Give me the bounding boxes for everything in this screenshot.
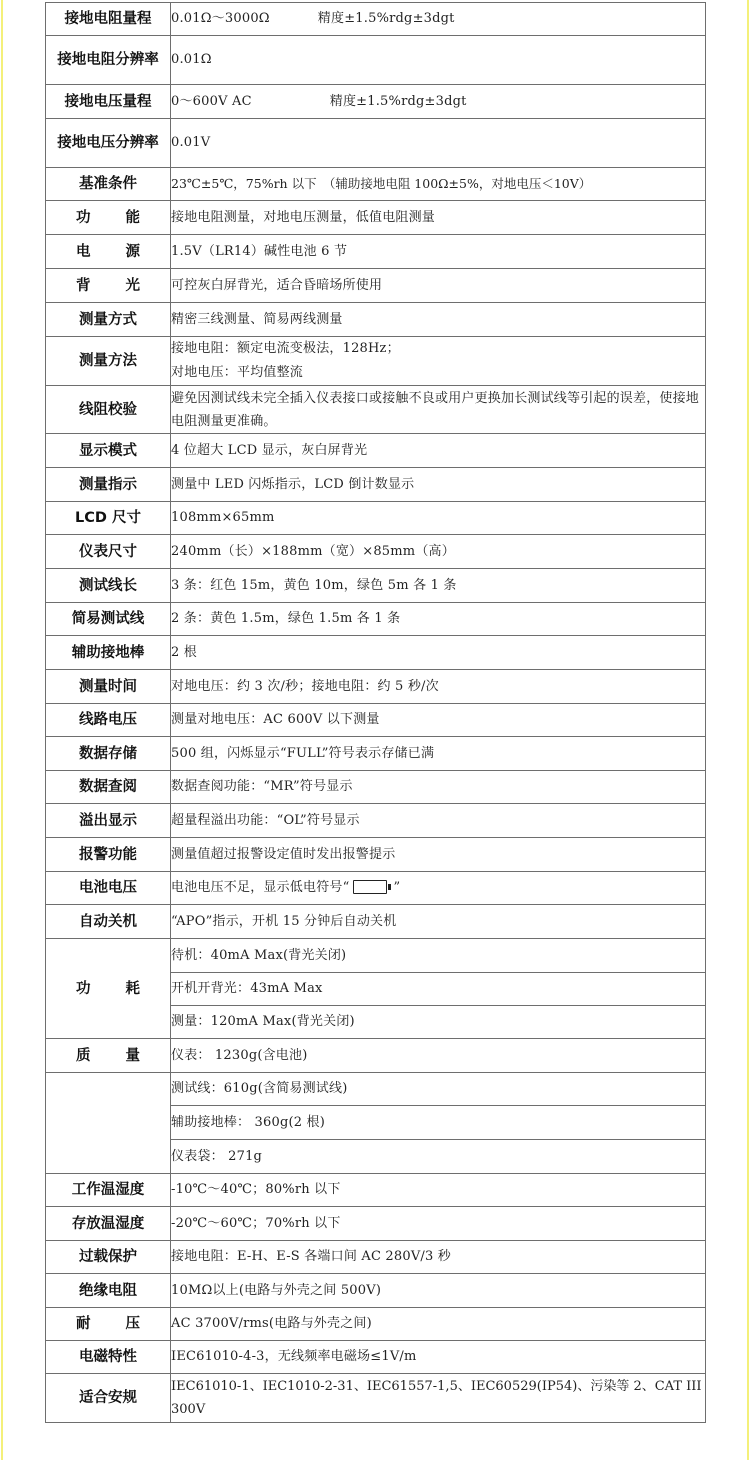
table-row: 背 光 可控灰白屏背光，适合昏暗场所使用 <box>46 269 706 303</box>
row-label: 显示模式 <box>46 434 171 468</box>
table-row: 耐 压 AC 3700V/rms(电路与外壳之间) <box>46 1308 706 1341</box>
value-text: ” <box>393 880 400 895</box>
row-label: 溢出显示 <box>46 804 171 838</box>
row-label: 测量指示 <box>46 468 171 502</box>
row-subvalue: 测量：120mA Max(背光关闭) <box>171 1006 706 1039</box>
row-label: 背 光 <box>46 269 171 303</box>
row-label: 测量方法 <box>46 337 171 386</box>
table-row: 电磁特性 IEC61010-4-3，无线频率电磁场≤1V/m <box>46 1341 706 1374</box>
table-row: 数据存储 500 组，闪烁显示“FULL”符号表示存储已满 <box>46 737 706 771</box>
table-row: 线路电压 测量对地电压：AC 600V 以下测量 <box>46 704 706 737</box>
row-subvalue: 仪表袋： 271g <box>171 1140 706 1174</box>
row-label: 线路电压 <box>46 704 171 737</box>
table-row: 功 能 接地电阻测量，对地电压测量，低值电阻测量 <box>46 201 706 235</box>
table-row: 绝缘电阻 10MΩ以上(电路与外壳之间 500V) <box>46 1274 706 1308</box>
table-row: 存放温湿度 -20℃～60℃；70%rh 以下 <box>46 1207 706 1241</box>
table-row: 简易测试线 2 条：黄色 1.5m，绿色 1.5m 各 1 条 <box>46 603 706 636</box>
row-label: 质 量 <box>46 1039 171 1073</box>
row-value: -10℃～40℃；80%rh 以下 <box>171 1174 706 1207</box>
table-row: 过载保护 接地电阻：E-H、E-S 各端口间 AC 280V/3 秒 <box>46 1241 706 1274</box>
table-row: 质 量 仪表： 1230g(含电池) <box>46 1039 706 1073</box>
row-label: 电 源 <box>46 235 171 269</box>
row-value: AC 3700V/rms(电路与外壳之间) <box>171 1308 706 1341</box>
row-value: 240mm（长）×188mm（宽）×85mm（高） <box>171 535 706 569</box>
table-row: 基准条件 23℃±5℃，75%rh 以下 （辅助接地电阻 100Ω±5%，对地电… <box>46 168 706 201</box>
row-label: 接地电阻量程 <box>46 3 171 36</box>
row-label: 过载保护 <box>46 1241 171 1274</box>
table-row: 测试线：610g(含简易测试线) <box>46 1073 706 1106</box>
row-label: 接地电压量程 <box>46 85 171 119</box>
row-label: 存放温湿度 <box>46 1207 171 1241</box>
row-subvalue: 开机开背光：43mA Max <box>171 973 706 1006</box>
table-row: 适合安规 IEC61010-1、IEC1010-2-31、IEC61557-1,… <box>46 1374 706 1423</box>
row-value: 23℃±5℃，75%rh 以下 （辅助接地电阻 100Ω±5%，对地电压＜10V… <box>171 168 706 201</box>
table-row: 溢出显示 超量程溢出功能：“OL”符号显示 <box>46 804 706 838</box>
table-row: 电 源 1.5V（LR14）碱性电池 6 节 <box>46 235 706 269</box>
row-label-empty <box>46 1073 171 1174</box>
row-value: 可控灰白屏背光，适合昏暗场所使用 <box>171 269 706 303</box>
row-label: 电磁特性 <box>46 1341 171 1374</box>
value-line: 对地电压：平均值整流 <box>171 361 705 385</box>
row-label: 工作温湿度 <box>46 1174 171 1207</box>
row-value: 数据查阅功能：“MR”符号显示 <box>171 771 706 804</box>
row-value: 0.01V <box>171 119 706 168</box>
row-value: 接地电阻测量，对地电压测量，低值电阻测量 <box>171 201 706 235</box>
row-value: 0.01Ω <box>171 36 706 85</box>
row-label: 功 耗 <box>46 939 171 1039</box>
accuracy-value: 精度±1.5%rdg±3dgt <box>318 11 455 26</box>
row-value: IEC61010-1、IEC1010-2-31、IEC61557-1,5、IEC… <box>171 1374 706 1423</box>
page-edge-left <box>1 0 3 1460</box>
row-value: 接地电阻：E-H、E-S 各端口间 AC 280V/3 秒 <box>171 1241 706 1274</box>
row-label: 绝缘电阻 <box>46 1274 171 1308</box>
row-value: 对地电压：约 3 次/秒；接地电阻：约 5 秒/次 <box>171 670 706 704</box>
table-row: 接地电压量程 0～600V AC精度±1.5%rdg±3dgt <box>46 85 706 119</box>
row-value: 10MΩ以上(电路与外壳之间 500V) <box>171 1274 706 1308</box>
table-row: 显示模式 4 位超大 LCD 显示，灰白屏背光 <box>46 434 706 468</box>
battery-low-icon <box>353 880 387 894</box>
row-label: 测量方式 <box>46 303 171 337</box>
row-value: 4 位超大 LCD 显示，灰白屏背光 <box>171 434 706 468</box>
row-label: 线阻校验 <box>46 386 171 434</box>
table-row: 接地电阻量程 0.01Ω～3000Ω精度±1.5%rdg±3dgt <box>46 3 706 36</box>
table-row: 接地电压分辨率 0.01V <box>46 119 706 168</box>
row-value: 接地电阻：额定电流变极法，128Hz；对地电压：平均值整流 <box>171 337 706 386</box>
row-label: 测量时间 <box>46 670 171 704</box>
row-value: 超量程溢出功能：“OL”符号显示 <box>171 804 706 838</box>
row-subvalue: 待机：40mA Max(背光关闭) <box>171 939 706 973</box>
row-label: 电池电压 <box>46 872 171 905</box>
row-value: 108mm×65mm <box>171 502 706 535</box>
row-value: 测量对地电压：AC 600V 以下测量 <box>171 704 706 737</box>
value-text: 电池电压不足，显示低电符号“ <box>171 880 349 895</box>
table-row: 工作温湿度 -10℃～40℃；80%rh 以下 <box>46 1174 706 1207</box>
table-row: 辅助接地棒 2 根 <box>46 636 706 670</box>
row-value: 500 组，闪烁显示“FULL”符号表示存储已满 <box>171 737 706 771</box>
row-label: 数据存储 <box>46 737 171 771</box>
spec-table: 接地电阻量程 0.01Ω～3000Ω精度±1.5%rdg±3dgt 接地电阻分辨… <box>45 2 706 1423</box>
row-label: LCD 尺寸 <box>46 502 171 535</box>
row-value: 2 条：黄色 1.5m，绿色 1.5m 各 1 条 <box>171 603 706 636</box>
row-subvalue: 辅助接地棒： 360g(2 根) <box>171 1106 706 1140</box>
accuracy-value: 精度±1.5%rdg±3dgt <box>330 94 467 109</box>
row-label: 测试线长 <box>46 569 171 603</box>
row-label: 适合安规 <box>46 1374 171 1423</box>
row-label: 辅助接地棒 <box>46 636 171 670</box>
value-line: 接地电阻：额定电流变极法，128Hz； <box>171 337 705 361</box>
row-value: 1.5V（LR14）碱性电池 6 节 <box>171 235 706 269</box>
table-row: 线阻校验 避免因测试线未完全插入仪表接口或接触不良或用户更换加长测试线等引起的误… <box>46 386 706 434</box>
row-label: 耐 压 <box>46 1308 171 1341</box>
row-label: 自动关机 <box>46 905 171 939</box>
table-row: 自动关机 “APO”指示，开机 15 分钟后自动关机 <box>46 905 706 939</box>
row-label: 基准条件 <box>46 168 171 201</box>
row-value: 0.01Ω～3000Ω精度±1.5%rdg±3dgt <box>171 3 706 36</box>
row-label: 仪表尺寸 <box>46 535 171 569</box>
table-row: 测量时间 对地电压：约 3 次/秒；接地电阻：约 5 秒/次 <box>46 670 706 704</box>
table-row: 测量方式 精密三线测量、简易两线测量 <box>46 303 706 337</box>
table-row: 报警功能 测量值超过报警设定值时发出报警提示 <box>46 838 706 872</box>
table-row: 数据查阅 数据查阅功能：“MR”符号显示 <box>46 771 706 804</box>
row-value: IEC61010-4-3，无线频率电磁场≤1V/m <box>171 1341 706 1374</box>
table-row: 功 耗 待机：40mA Max(背光关闭) <box>46 939 706 973</box>
row-label: 简易测试线 <box>46 603 171 636</box>
range-value: 0～600V AC <box>171 94 252 109</box>
row-label: 数据查阅 <box>46 771 171 804</box>
row-label: 接地电压分辨率 <box>46 119 171 168</box>
row-value: -20℃～60℃；70%rh 以下 <box>171 1207 706 1241</box>
table-row: 仪表尺寸 240mm（长）×188mm（宽）×85mm（高） <box>46 535 706 569</box>
row-value: 测量中 LED 闪烁指示，LCD 倒计数显示 <box>171 468 706 502</box>
row-label: 接地电阻分辨率 <box>46 36 171 85</box>
table-row: 测试线长 3 条：红色 15m，黄色 10m，绿色 5m 各 1 条 <box>46 569 706 603</box>
row-value: 避免因测试线未完全插入仪表接口或接触不良或用户更换加长测试线等引起的误差，使接地… <box>171 386 706 434</box>
table-row: LCD 尺寸 108mm×65mm <box>46 502 706 535</box>
range-value: 0.01Ω～3000Ω <box>171 11 270 26</box>
row-subvalue: 测试线：610g(含简易测试线) <box>171 1073 706 1106</box>
page-edge-right <box>747 0 749 1460</box>
row-value: 精密三线测量、简易两线测量 <box>171 303 706 337</box>
row-value: “APO”指示，开机 15 分钟后自动关机 <box>171 905 706 939</box>
table-row: 测量指示 测量中 LED 闪烁指示，LCD 倒计数显示 <box>46 468 706 502</box>
table-row: 测量方法 接地电阻：额定电流变极法，128Hz；对地电压：平均值整流 <box>46 337 706 386</box>
row-value: 0～600V AC精度±1.5%rdg±3dgt <box>171 85 706 119</box>
row-value: 2 根 <box>171 636 706 670</box>
table-row: 电池电压 电池电压不足，显示低电符号“” <box>46 872 706 905</box>
row-value: 3 条：红色 15m，黄色 10m，绿色 5m 各 1 条 <box>171 569 706 603</box>
row-value: 电池电压不足，显示低电符号“” <box>171 872 706 905</box>
row-label: 功 能 <box>46 201 171 235</box>
row-value: 仪表： 1230g(含电池) <box>171 1039 706 1073</box>
row-label: 报警功能 <box>46 838 171 872</box>
row-value: 测量值超过报警设定值时发出报警提示 <box>171 838 706 872</box>
table-row: 接地电阻分辨率 0.01Ω <box>46 36 706 85</box>
